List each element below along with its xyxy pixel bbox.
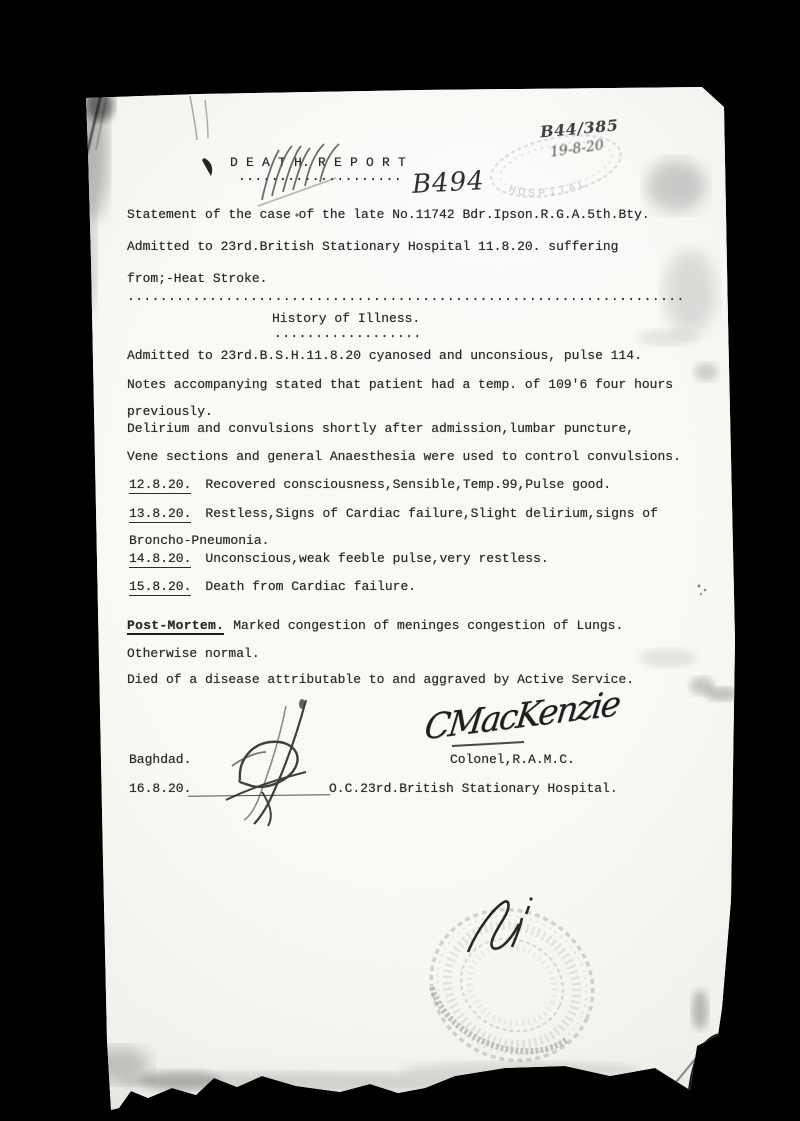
document-page: D E A T H. R E P O R T .................… [0, 0, 800, 1121]
scan-background: D E A T H. R E P O R T .................… [0, 0, 800, 1121]
paper-artifacts: HOSPITAL [0, 0, 800, 1121]
paper-grain [86, 87, 736, 1111]
